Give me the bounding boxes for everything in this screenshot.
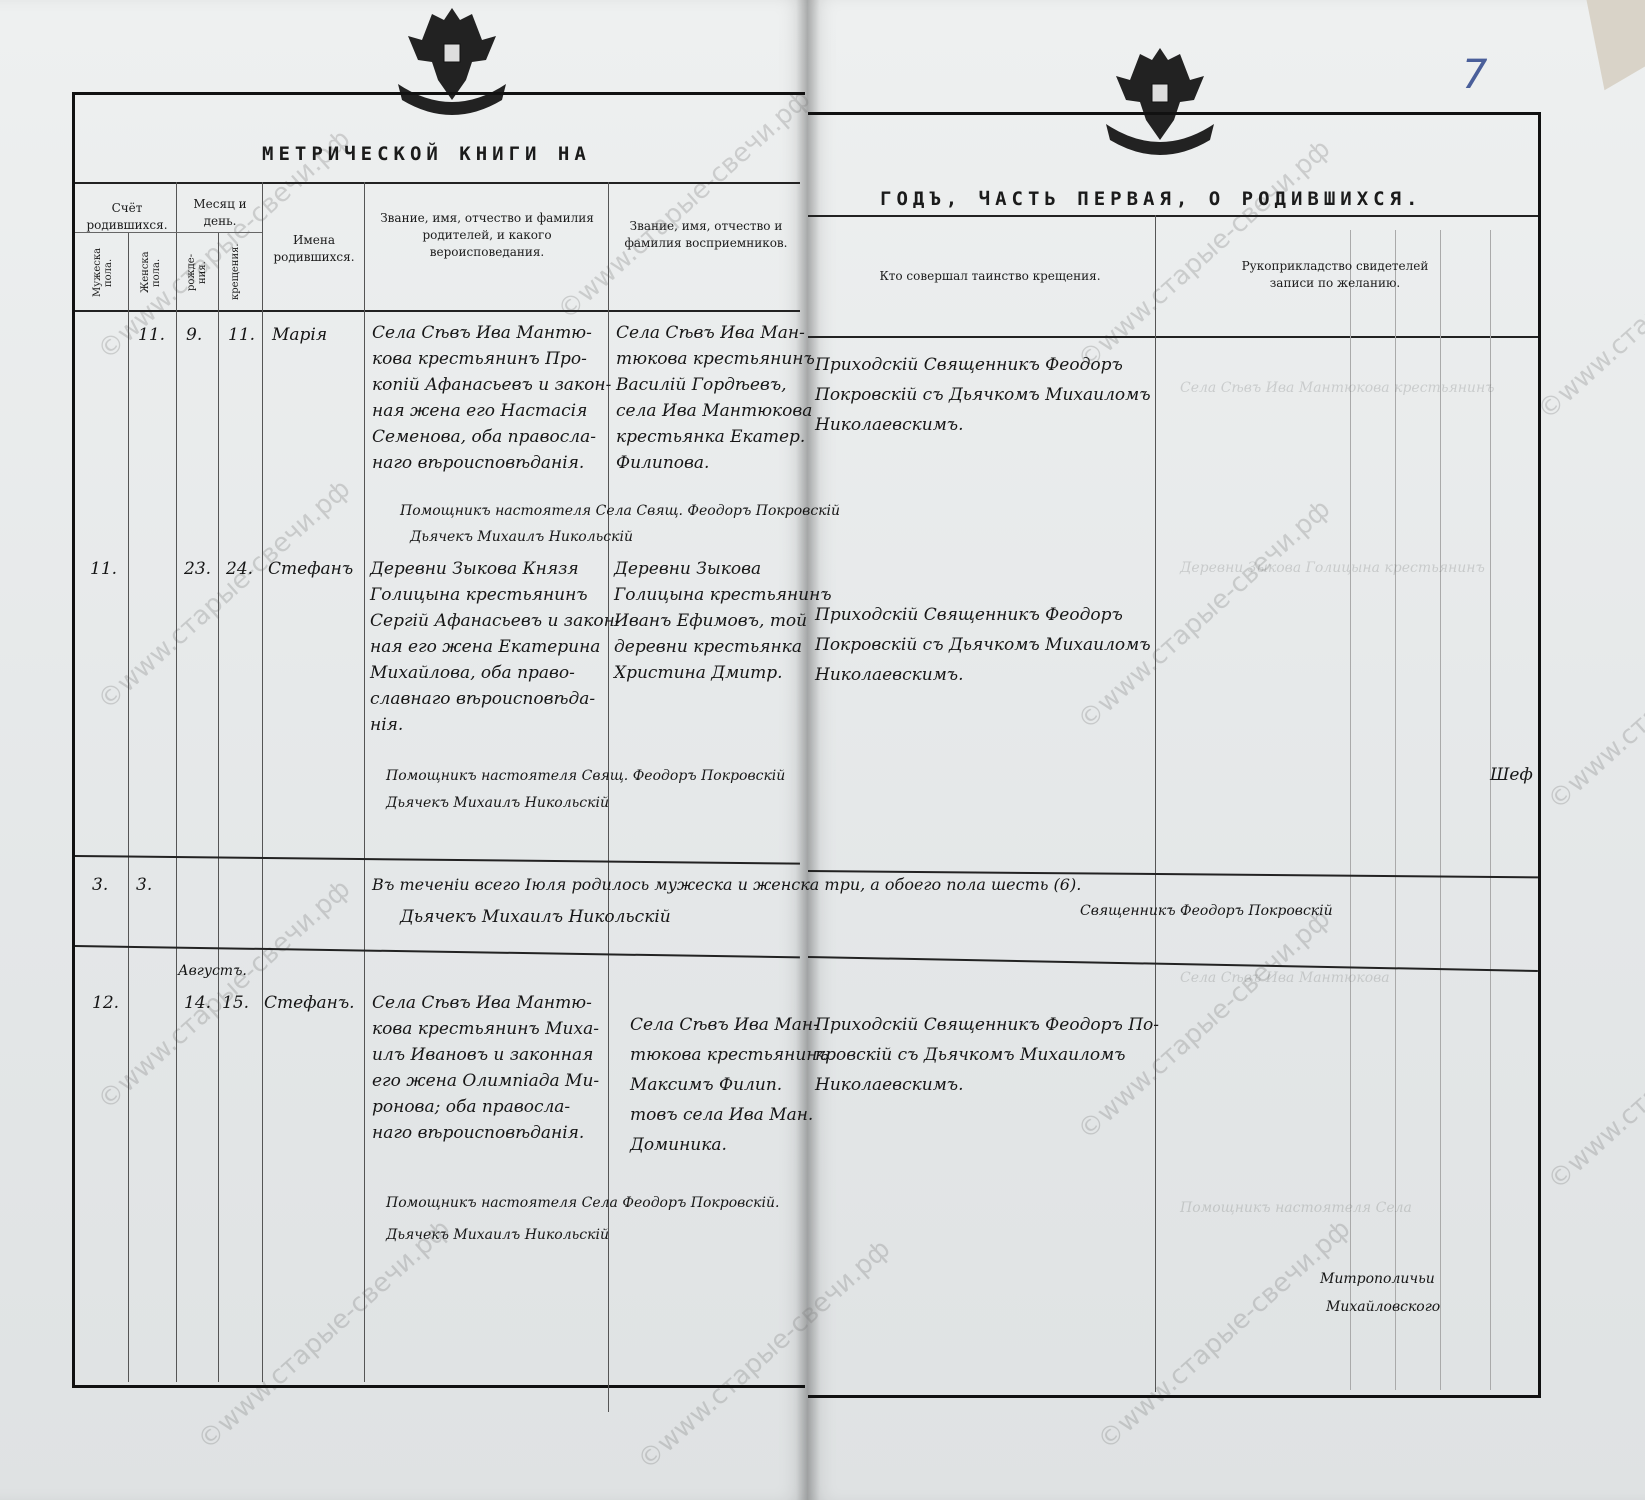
entry-4-baptism-day: 15. xyxy=(222,990,249,1016)
summary-male-total: 3. xyxy=(92,872,108,898)
entry-4-godparents: Села Сѣвъ Ива Ман- тюкова крестьянинъ Ма… xyxy=(630,1010,829,1160)
summary-female-total: 3. xyxy=(136,872,152,898)
right-page-title: ГОДЪ, ЧАСТЬ ПЕРВАЯ, О РОДИВШИХСЯ. xyxy=(880,188,1423,210)
left-page-title: МЕТРИЧЕСКОЙ КНИГИ НА xyxy=(262,143,591,165)
entry-1-note-line2: Дьячекъ Михаилъ Никольскій xyxy=(410,526,633,548)
header-godparents: Звание, имя, отчество и фамилия восприем… xyxy=(614,218,798,252)
header-bottom-rule xyxy=(808,336,1538,338)
entry-2-note-line1: Помощникъ настоятеля Свящ. Феодоръ Покро… xyxy=(386,765,785,787)
entry-4-note-line2: Дьячекъ Михаилъ Никольскій xyxy=(386,1224,609,1246)
entry-2-birth-day: 23. xyxy=(184,556,211,582)
header-baptized: крещения. xyxy=(230,245,241,300)
header-born: рожде- ния. xyxy=(186,245,208,300)
entry-2-note-line2: Дьячекъ Михаилъ Никольскій xyxy=(386,792,609,814)
header-sacrament-by: Кто совершал таинство крещения. xyxy=(840,268,1140,285)
header-female: Женска пола. xyxy=(140,245,162,300)
entry-1-birth-day: 9. xyxy=(186,322,202,348)
entry-1-baptism-day: 11. xyxy=(228,322,255,348)
entry-2-baptism-day: 24. xyxy=(226,556,253,582)
header-bottom-rule xyxy=(75,310,800,312)
entry-1-note-line1: Помощникъ настоятеля Села Свящ. Феодоръ … xyxy=(400,500,840,522)
monthly-summary: Въ теченіи всего Іюля родилось мужеска и… xyxy=(372,872,1081,898)
entry-4-parents: Села Сѣвъ Ива Мантю- кова крестьянинъ Ми… xyxy=(372,990,599,1146)
header-child-names: Имена родившихся. xyxy=(268,232,360,266)
witness-signature-fragment: Шеф xyxy=(1490,762,1533,788)
entry-4-month-label: Августъ. xyxy=(178,960,247,982)
entry-1-godparents: Села Сѣвъ Ива Ман- тюкова крестьянинъ Ва… xyxy=(616,320,815,476)
summary-signature-deacon: Дьячекъ Михаилъ Никольскій xyxy=(400,904,671,930)
entry-4-note-line1: Помощникъ настоятеля Села Феодоръ Покров… xyxy=(386,1192,779,1214)
entry-4-birth-day: 14. xyxy=(184,990,211,1016)
header-witness-signatures: Рукоприкладство свидетелей записи по жел… xyxy=(1230,258,1440,292)
header-rule xyxy=(75,182,800,184)
pencil-page-number: 7 xyxy=(1462,52,1487,98)
header-month-day: Месяц и день. xyxy=(180,196,260,230)
summary-signature-priest: Священникъ Феодоръ Покровскій xyxy=(1080,900,1333,922)
header-parents: Звание, имя, отчество и фамилия родителе… xyxy=(372,210,602,261)
entry-4-child-name: Стефанъ. xyxy=(264,990,355,1016)
entry-4-priest: Приходскій Священникъ Феодоръ По- кровск… xyxy=(815,1010,1159,1100)
entry-1-female-number: 11. xyxy=(138,322,165,348)
header-male: Мужеска пола. xyxy=(92,245,114,300)
entry-2-male-number: 11. xyxy=(90,556,117,582)
header-birth-count: Счёт родившихся. xyxy=(80,200,174,234)
entry-1-priest: Приходскій Священникъ Феодоръ Покровскій… xyxy=(815,350,1151,440)
entry-2-godparents: Деревни Зыкова Голицына крестьянинъ Иван… xyxy=(614,556,832,686)
entry-2-child-name: Стефанъ xyxy=(268,556,353,582)
footer-signature-line1: Митрополичьи xyxy=(1320,1268,1435,1290)
header-rule xyxy=(808,215,1538,217)
entry-1-child-name: Марія xyxy=(272,322,327,348)
entry-1-parents: Села Сѣвъ Ива Мантю- кова крестьянинъ Пр… xyxy=(372,320,611,476)
footer-signature-line2: Михайловского xyxy=(1326,1296,1440,1318)
right-table-frame xyxy=(808,112,1541,1398)
entry-2-parents: Деревни Зыкова Князя Голицына крестьянин… xyxy=(370,556,621,738)
entry-2-priest: Приходскій Священникъ Феодоръ Покровскій… xyxy=(815,600,1151,690)
entry-4-male-number: 12. xyxy=(92,990,119,1016)
